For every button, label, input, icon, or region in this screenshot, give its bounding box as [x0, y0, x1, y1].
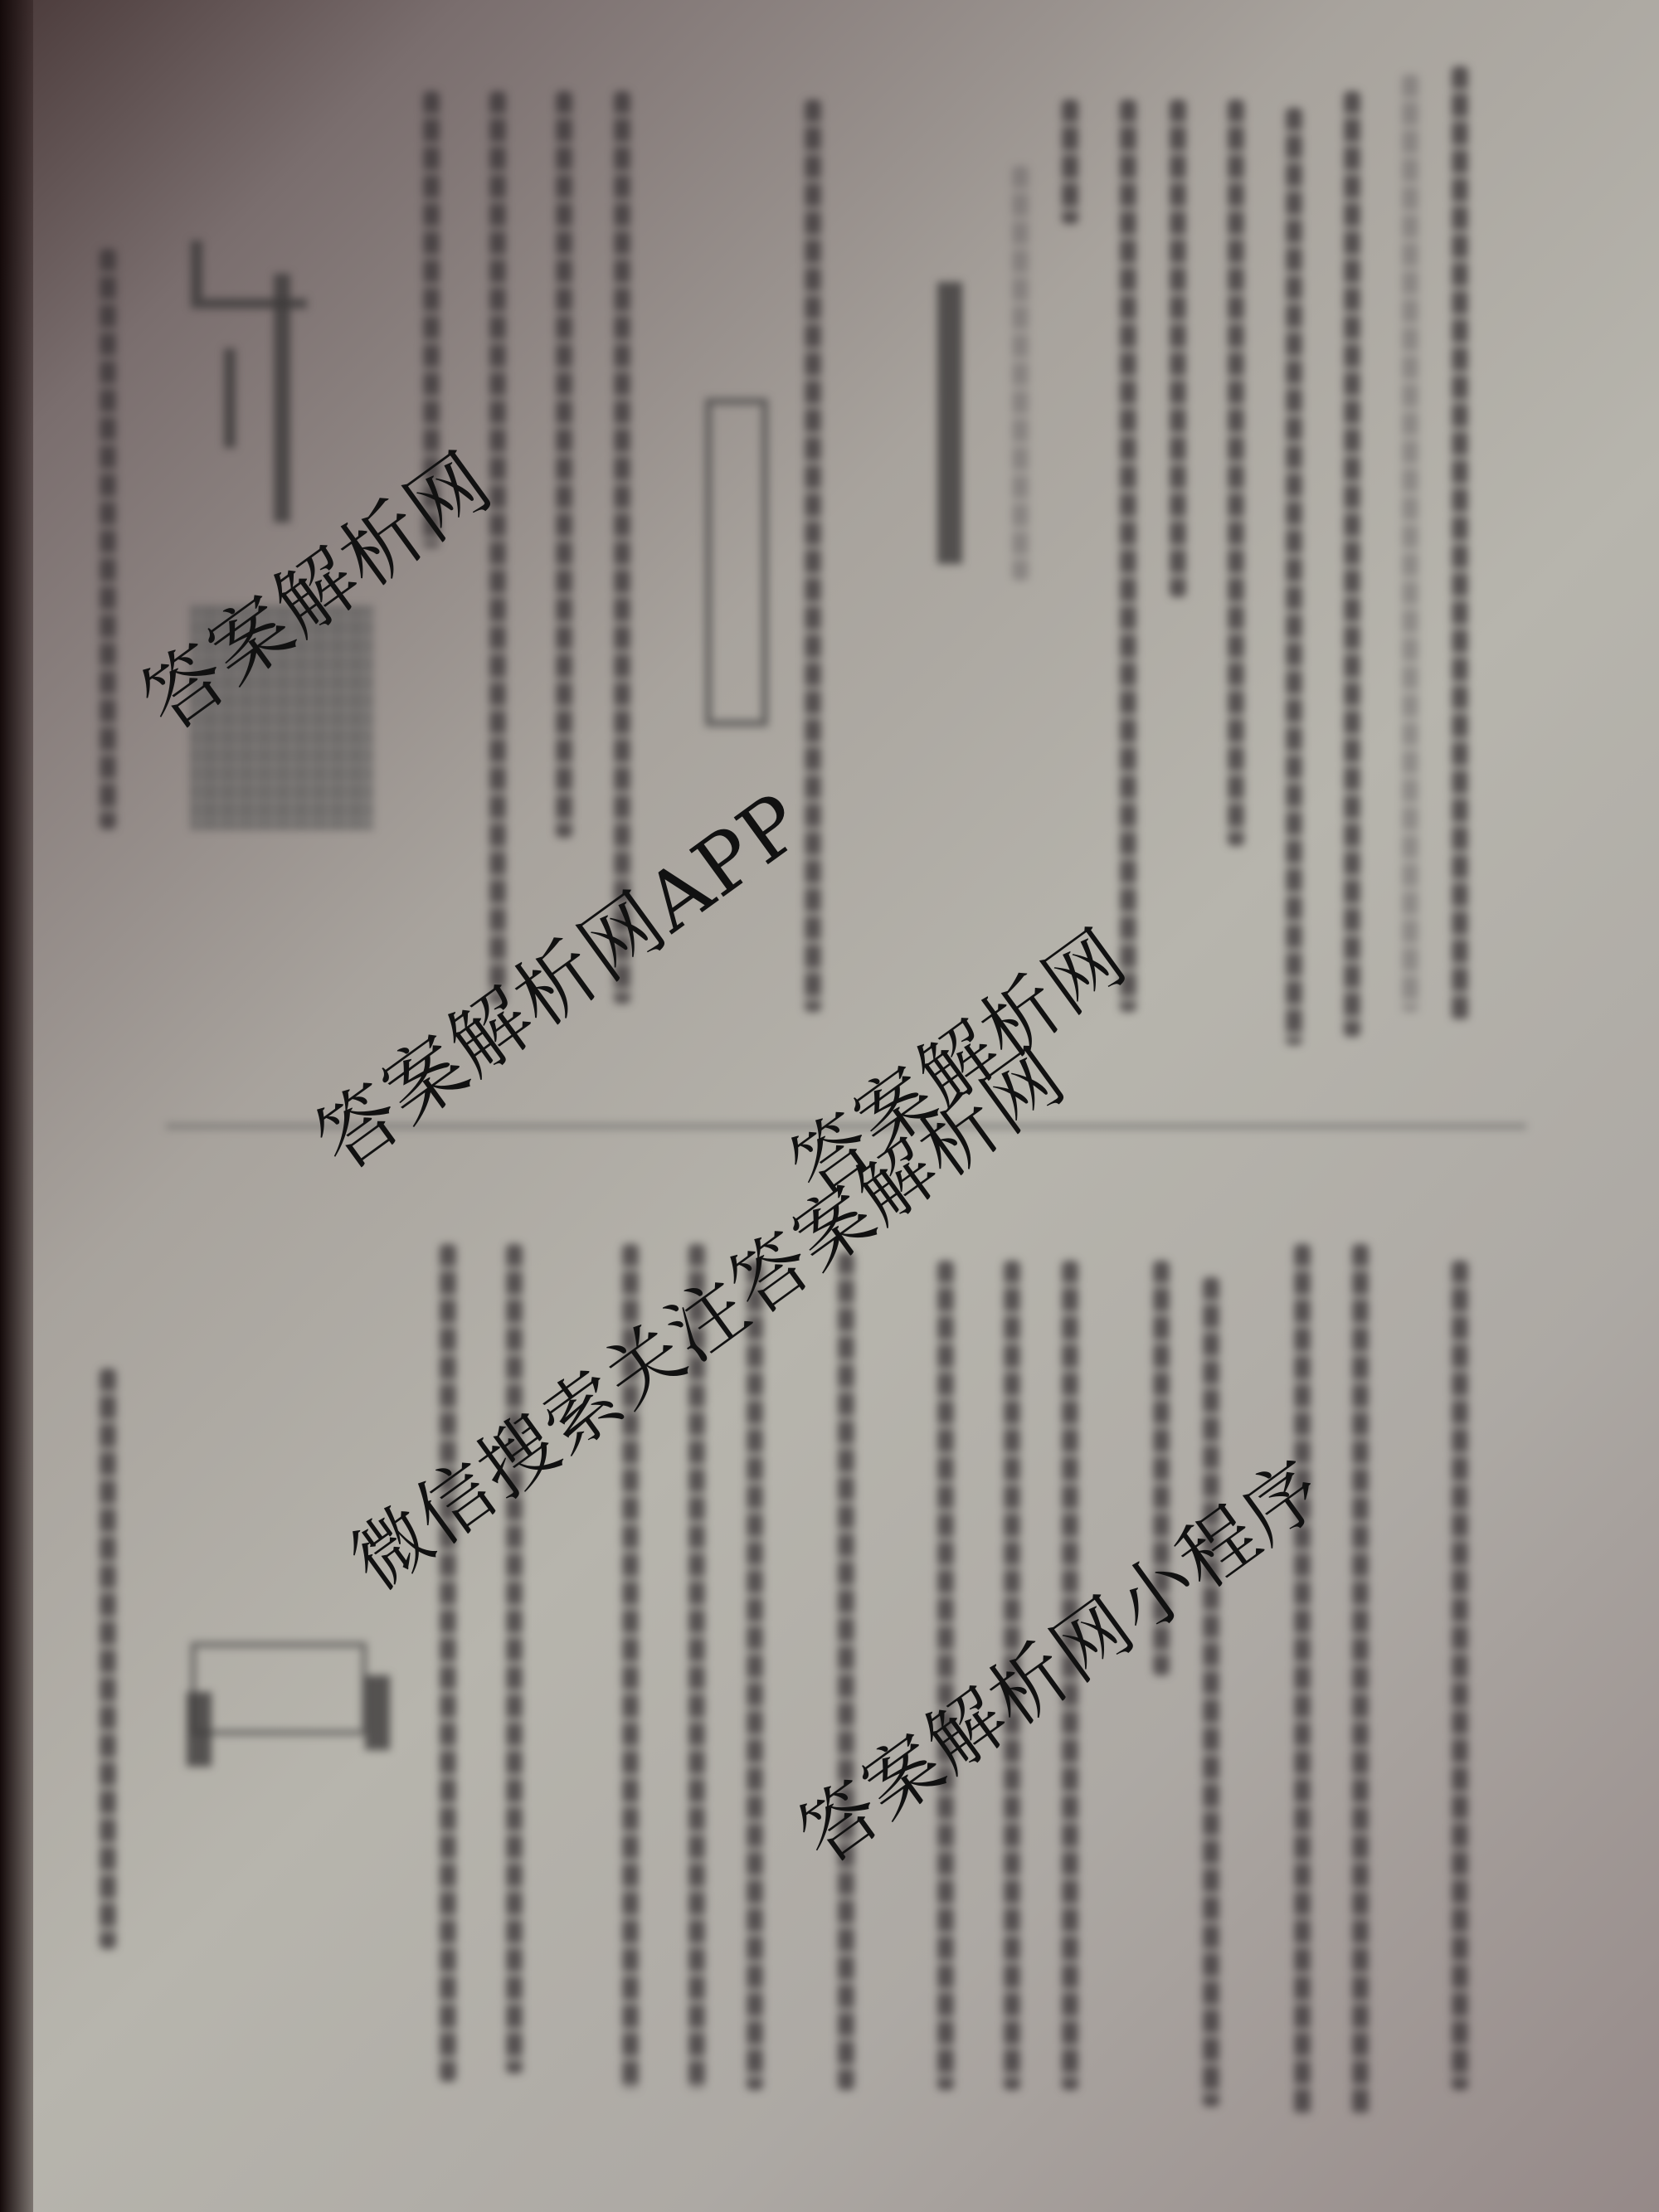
text-line: [556, 91, 572, 838]
text-line: [1062, 100, 1078, 224]
text-line: [1352, 1244, 1369, 2115]
text-line: [747, 1261, 763, 2090]
text-line: [1170, 100, 1186, 597]
text-line: [1286, 108, 1302, 1045]
text-line: [1452, 66, 1468, 1020]
text-line: [1294, 1244, 1311, 2115]
text-line: [506, 1244, 523, 2073]
text-line: [100, 249, 116, 829]
text-line: [440, 1244, 456, 2082]
text-line: [1228, 100, 1244, 846]
text-line: [489, 91, 506, 1004]
text-line: [1344, 91, 1360, 1037]
text-line: [1203, 1277, 1219, 2107]
text-line: [838, 1252, 854, 2090]
text-line: [1452, 1261, 1468, 2090]
text-line: [1120, 100, 1136, 1012]
text-line: [805, 100, 821, 1012]
text-line: [1012, 166, 1029, 581]
text-line: [1402, 75, 1418, 1012]
text-line: [100, 1369, 116, 1949]
